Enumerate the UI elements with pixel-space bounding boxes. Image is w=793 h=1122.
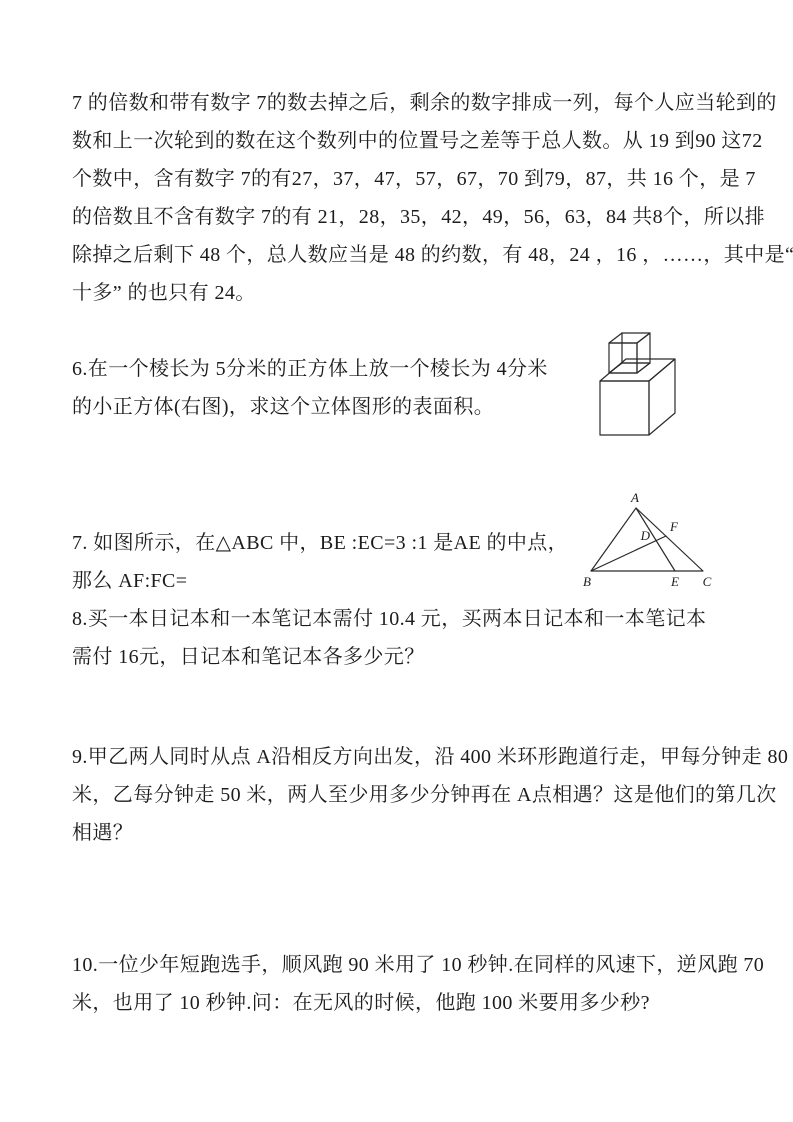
solution-line: 个数中，含有数字 7的有27，37，47，57，67，70 到79，87，共 1… bbox=[72, 160, 730, 198]
worksheet-page: 7 的倍数和带有数字 7的数去掉之后，剩余的数字排成一列，每个人应当轮到的 数和… bbox=[0, 0, 793, 1122]
solution-line: 7 的倍数和带有数字 7的数去掉之后，剩余的数字排成一列，每个人应当轮到的 bbox=[72, 84, 730, 122]
question-8-line: 需付 16元，日记本和笔记本各多少元？ bbox=[72, 638, 730, 676]
small-cube-hidden-edge bbox=[609, 363, 622, 373]
question-6: 6.在一个棱长为 5分米的正方体上放一个棱长为 4分米 的小正方体(右图)，求这… bbox=[72, 350, 597, 426]
question-7-line: 那么 AF:FC= bbox=[72, 562, 572, 600]
question-6-line: 6.在一个棱长为 5分米的正方体上放一个棱长为 4分米 bbox=[72, 350, 597, 388]
solution-line: 的倍数且不含有数字 7的有 21，28，35，42，49，56，63，84 共8… bbox=[72, 198, 730, 236]
vertex-label-c: C bbox=[703, 574, 712, 589]
point-label-f: F bbox=[669, 519, 679, 534]
solution-line: 除掉之后剩下 48 个，总人数应当是 48 的约数，有 48，24 ，16 ，…… bbox=[72, 236, 730, 274]
solution-line: 十多” 的也只有 24。 bbox=[72, 274, 730, 312]
large-cube-right-face bbox=[649, 359, 675, 435]
question-8: 8.买一本日记本和一本笔记本需付 10.4 元，买两本日记本和一本笔记本 需付 … bbox=[72, 600, 730, 676]
question-10: 10.一位少年短跑选手，顺风跑 90 米用了 10 秒钟.在同样的风速下，逆风跑… bbox=[72, 946, 730, 1022]
small-cube-right-face bbox=[637, 333, 650, 373]
cevian-bf bbox=[591, 536, 666, 571]
question-10-line: 10.一位少年短跑选手，顺风跑 90 米用了 10 秒钟.在同样的风速下，逆风跑… bbox=[72, 946, 730, 984]
point-label-d: D bbox=[640, 528, 651, 543]
vertex-label-a: A bbox=[630, 490, 639, 505]
solution-line: 数和上一次轮到的数在这个数列中的位置号之差等于总人数。从 19 到90 这72 bbox=[72, 122, 730, 160]
vertex-label-b: B bbox=[583, 574, 591, 589]
large-cube-front-face bbox=[600, 381, 649, 435]
solution-paragraph: 7 的倍数和带有数字 7的数去掉之后，剩余的数字排成一列，每个人应当轮到的 数和… bbox=[72, 84, 730, 312]
question-7: 7. 如图所示，在△ABC 中，BE :EC=3 :1 是AE 的中点， 那么 … bbox=[72, 524, 572, 600]
small-cube-front-face bbox=[609, 343, 637, 373]
question-6-line: 的小正方体(右图)，求这个立体图形的表面积。 bbox=[72, 388, 597, 426]
question-8-line: 8.买一本日记本和一本笔记本需付 10.4 元，买两本日记本和一本笔记本 bbox=[72, 600, 730, 638]
question-9-line: 米，乙每分钟走 50 米，两人至少用多少分钟再在 A点相遇？这是他们的第几次 bbox=[72, 776, 730, 814]
question-7-line: 7. 如图所示，在△ABC 中，BE :EC=3 :1 是AE 的中点， bbox=[72, 524, 572, 562]
question-9: 9.甲乙两人同时从点 A沿相反方向出发，沿 400 米环形跑道行走，甲每分钟走 … bbox=[72, 738, 730, 852]
cube-stack-figure bbox=[597, 331, 697, 439]
point-label-e: E bbox=[670, 574, 679, 589]
question-10-line: 米，也用了 10 秒钟.问：在无风的时候，他跑 100 米要用多少秒? bbox=[72, 984, 730, 1022]
triangle-figure: A B C D E F bbox=[576, 486, 726, 596]
question-9-line: 9.甲乙两人同时从点 A沿相反方向出发，沿 400 米环形跑道行走，甲每分钟走 … bbox=[72, 738, 730, 776]
question-9-line: 相遇？ bbox=[72, 814, 730, 852]
